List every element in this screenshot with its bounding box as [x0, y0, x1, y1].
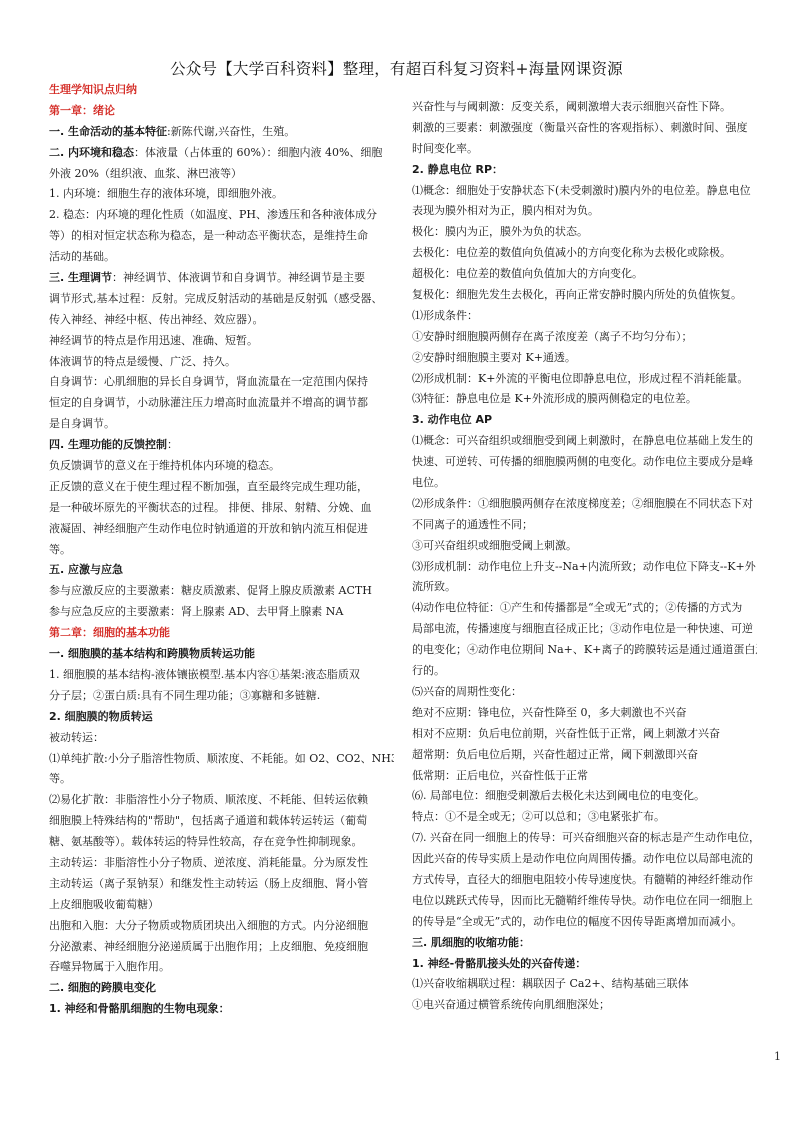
- body-text: 等）的相对恒定状态称为稳态，是一种动态平衡状态，是维持生命: [49, 226, 394, 247]
- body-text: ⑵形成条件：①细胞膜两侧存在浓度梯度差；②细胞膜在不同状态下对: [412, 494, 757, 515]
- section-heading: 3. 动作电位 AP: [412, 410, 757, 431]
- body-text: 等。: [49, 769, 394, 790]
- body-text: ⑴概念：细胞处于安静状态下(未受刺激时)膜内外的电位差。静息电位: [412, 181, 757, 202]
- section-heading: 四. 生理功能的反馈控制: [49, 438, 167, 451]
- body-text: 绝对不应期：锋电位，兴奋性降至 0，多大刺激也不兴奋: [412, 703, 757, 724]
- body-text: ⑷动作电位特征：①产生和传播都是“全或无”式的；②传播的方式为: [412, 598, 757, 619]
- body-text: 的电变化；④动作电位期间 Na+、K+离子的跨膜转运是通过通道蛋白进: [412, 640, 757, 661]
- body-text: 兴奋性与与阈刺激：反变关系，阈刺激增大表示细胞兴奋性下降。: [412, 97, 757, 118]
- body-text: 是自身调节。: [49, 414, 394, 435]
- body-text: 复极化：细胞先发生去极化，再向正常安静时膜内所处的负值恢复。: [412, 285, 757, 306]
- body-text: 1. 内环境：细胞生存的液体环境，即细胞外液。: [49, 184, 394, 205]
- right-column: 兴奋性与与阈刺激：反变关系，阈刺激增大表示细胞兴奋性下降。刺激的三要素：刺激强度…: [412, 97, 757, 1016]
- body-text: ⑸兴奋的周期性变化：: [412, 682, 757, 703]
- body-text: 恒定的自身调节，小动脉灌注压力增高时血流量并不增高的调节都: [49, 393, 394, 414]
- body-text: 表现为膜外相对为正，膜内相对为负。: [412, 201, 757, 222]
- body-text: 超极化：电位差的数值向负值加大的方向变化。: [412, 264, 757, 285]
- section-heading: 1. 神经和骨骼肌细胞的生物电现象：: [49, 999, 394, 1020]
- body-text: 主动转运：非脂溶性小分子物质、逆浓度、消耗能量。分为原发性: [49, 853, 394, 874]
- body-text: 吞噬异物属于入胞作用。: [49, 957, 394, 978]
- body-text: ：神经调节、体液调节和自身调节。神经调节是主要: [112, 271, 365, 284]
- body-text: ：体液量（占体重的 60%）：细胞内液 40%、细胞: [134, 146, 382, 159]
- body-text: 被动转运：: [49, 728, 394, 749]
- section-line: 二. 内环境和稳态：体液量（占体重的 60%）：细胞内液 40%、细胞: [49, 143, 394, 164]
- body-text: 等。: [49, 540, 394, 561]
- body-text: 2. 稳态：内环境的理化性质（如温度、PH、渗透压和各种液体成分: [49, 205, 394, 226]
- body-text: ①电兴奋通过横管系统传向肌细胞深处；: [412, 995, 757, 1016]
- body-text: :新陈代谢,兴奋性，生殖。: [167, 125, 295, 138]
- body-text: 相对不应期：负后电位前期，兴奋性低于正常，阈上刺激才兴奋: [412, 724, 757, 745]
- section-line: 三. 生理调节：神经调节、体液调节和自身调节。神经调节是主要: [49, 268, 394, 289]
- chapter-heading: 第二章：细胞的基本功能: [49, 623, 394, 644]
- body-text: 上皮细胞吸收葡萄糖）: [49, 895, 394, 916]
- body-text: ⑴形成条件：: [412, 306, 757, 327]
- section-heading: 三. 肌细胞的收缩功能：: [412, 933, 757, 954]
- section-heading: 五. 应激与应急: [49, 560, 394, 581]
- body-text: 外液 20%（组织液、血浆、淋巴液等）: [49, 164, 394, 185]
- body-text: ⑴概念：可兴奋组织或细胞受到阈上刺激时，在静息电位基础上发生的: [412, 431, 757, 452]
- body-text: 因此兴奋的传导实质上是动作电位向周围传播。动作电位以局部电流的: [412, 849, 757, 870]
- body-text: 负反馈调节的意义在于维持机体内环境的稳态。: [49, 456, 394, 477]
- page-header: 公众号【大学百科资料】整理，有超百科复习资料+海量网课资源: [0, 57, 793, 79]
- body-text: ①安静时细胞膜两侧存在离子浓度差（离子不均匀分布）；: [412, 327, 757, 348]
- page-number: 1: [774, 1050, 781, 1063]
- body-text: 正反馈的意义在于使生理过程不断加强，直至最终完成生理功能，: [49, 477, 394, 498]
- body-text: 不同离子的通透性不同；: [412, 515, 757, 536]
- body-text: ⑶形成机制：动作电位上升支--Na+内流所致；动作电位下降支--K+外: [412, 557, 757, 578]
- body-text: 超常期：负后电位后期，兴奋性超过正常，阈下刺激即兴奋: [412, 745, 757, 766]
- body-text: ⑹. 局部电位：细胞受刺激后去极化未达到阈电位的电变化。: [412, 786, 757, 807]
- body-text: 糖、氨基酸等）。载体转运的特异性较高，存在竞争性抑制现象。: [49, 832, 394, 853]
- body-text: 行的。: [412, 661, 757, 682]
- body-text: 神经调节的特点是作用迅速、准确、短暂。: [49, 331, 394, 352]
- body-text: 传入神经、神经中枢、传出神经、效应器）。: [49, 310, 394, 331]
- body-text: 的传导是“全或无”式的，动作电位的幅度不因传导距离增加而减小。: [412, 912, 757, 933]
- body-text: ⑵形成机制：K+外流的平衡电位即静息电位，形成过程不消耗能量。: [412, 369, 757, 390]
- body-text: ③可兴奋组织或细胞受阈上刺激。: [412, 536, 757, 557]
- body-text: 电位。: [412, 473, 757, 494]
- body-text: 极化：膜内为正，膜外为负的状态。: [412, 222, 757, 243]
- body-text: 出胞和入胞：大分子物质或物质团块出入细胞的方式。内分泌细胞: [49, 916, 394, 937]
- body-text: 分子层；②蛋白质:具有不同生理功能；③寡糖和多链糖.: [49, 686, 394, 707]
- body-text: ⑴单纯扩散:小分子脂溶性物质、顺浓度、不耗能。如 O2、CO2、NH3: [49, 749, 394, 770]
- body-text: 是一种破坏原先的平衡状态的过程。 排便、排尿、射精、分娩、血: [49, 498, 394, 519]
- left-column: 生理学知识点归纳第一章：绪论一. 生命活动的基本特征:新陈代谢,兴奋性，生殖。二…: [49, 80, 394, 1020]
- body-text: ⑺. 兴奋在同一细胞上的传导：可兴奋细胞兴奋的标志是产生动作电位，: [412, 828, 757, 849]
- body-text: 局部电流，传播速度与细胞直径成正比；③动作电位是一种快速、可逆: [412, 619, 757, 640]
- body-text: 1. 细胞膜的基本结构-液体镶嵌模型.基本内容①基架:液态脂质双: [49, 665, 394, 686]
- section-line: 四. 生理功能的反馈控制：: [49, 435, 394, 456]
- body-text: 去极化：电位差的数值向负值减小的方向变化称为去极化或除极。: [412, 243, 757, 264]
- section-heading: 三. 生理调节: [49, 271, 112, 284]
- body-text: 参与应激反应的主要激素：糖皮质激素、促肾上腺皮质激素 ACTH: [49, 581, 394, 602]
- body-text: 自身调节：心肌细胞的异长自身调节，肾血流量在一定范围内保持: [49, 372, 394, 393]
- section-heading: 2. 静息电位 RP：: [412, 160, 757, 181]
- body-text: ：: [167, 438, 178, 451]
- body-text: 调节形式,基本过程：反射。完成反射活动的基础是反射弧（感受器、: [49, 289, 394, 310]
- section-line: 一. 生命活动的基本特征:新陈代谢,兴奋性，生殖。: [49, 122, 394, 143]
- body-text: ⑵易化扩散：非脂溶性小分子物质、顺浓度、不耗能、但转运依赖: [49, 790, 394, 811]
- body-text: 分泌激素、神经细胞分泌递质属于出胞作用；上皮细胞、免疫细胞: [49, 937, 394, 958]
- body-text: 快速、可逆转、可传播的细胞膜两侧的电变化。动作电位主要成分是峰: [412, 452, 757, 473]
- body-text: 细胞膜上特殊结构的"帮助"，包括离子通道和载体转运转运（葡萄: [49, 811, 394, 832]
- body-text: 主动转运（离子泵钠泵）和继发性主动转运（肠上皮细胞、肾小管: [49, 874, 394, 895]
- body-text: ②安静时细胞膜主要对 K+通透。: [412, 348, 757, 369]
- body-text: 方式传导，直径大的细胞电阻较小传导速度快。有髓鞘的神经纤维动作: [412, 870, 757, 891]
- body-text: ⑴兴奋收缩耦联过程：耦联因子 Ca2+、结构基础三联体: [412, 974, 757, 995]
- body-text: 液凝固、神经细胞产生动作电位时钠通道的开放和钠内流互相促进: [49, 519, 394, 540]
- body-text: 体液调节的特点是缓慢、广泛、持久。: [49, 352, 394, 373]
- body-text: 电位以跳跃式传导，因而比无髓鞘纤维传导快。动作电位在同一细胞上: [412, 891, 757, 912]
- section-heading: 二. 细胞的跨膜电变化: [49, 978, 394, 999]
- body-text: 参与应急反应的主要激素：肾上腺素 AD、去甲肾上腺素 NA: [49, 602, 394, 623]
- section-heading: 一. 生命活动的基本特征: [49, 125, 167, 138]
- body-text: 刺激的三要素：刺激强度（衡量兴奋性的客观指标）、刺激时间、强度: [412, 118, 757, 139]
- body-text: 活动的基础。: [49, 247, 394, 268]
- body-text: 流所致。: [412, 577, 757, 598]
- body-text: 时间变化率。: [412, 139, 757, 160]
- body-text: 低常期：正后电位，兴奋性低于正常: [412, 766, 757, 787]
- section-heading: 一. 细胞膜的基本结构和跨膜物质转运功能: [49, 644, 394, 665]
- section-heading: 2. 细胞膜的物质转运: [49, 707, 394, 728]
- body-text: ⑶特征：静息电位是 K+外流形成的膜两侧稳定的电位差。: [412, 389, 757, 410]
- chapter-heading: 生理学知识点归纳: [49, 80, 394, 101]
- body-text: 特点：①不是全或无；②可以总和；③电紧张扩布。: [412, 807, 757, 828]
- chapter-heading: 第一章：绪论: [49, 101, 394, 122]
- section-heading: 二. 内环境和稳态: [49, 146, 134, 159]
- section-heading: 1. 神经-骨骼肌接头处的兴奋传递：: [412, 954, 757, 975]
